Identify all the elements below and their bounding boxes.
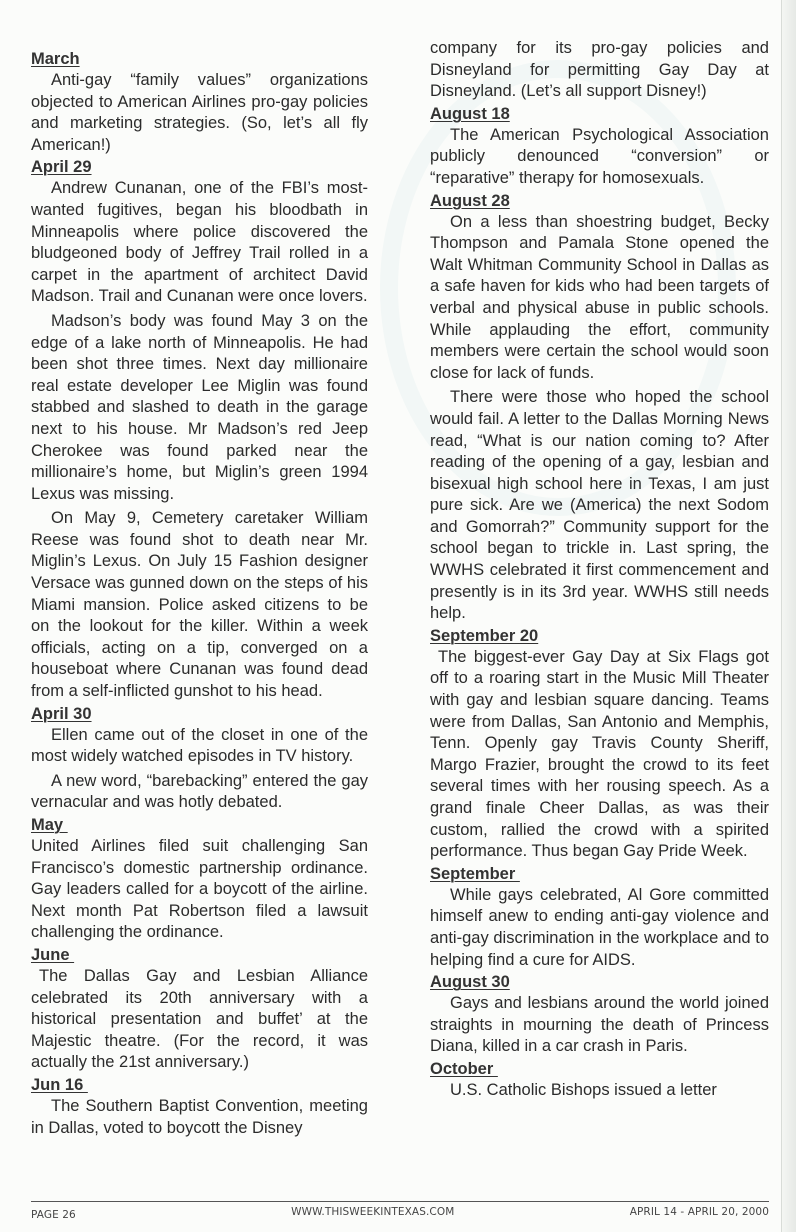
timeline-entry: MarchAnti-gay “family values” organizati…: [31, 48, 368, 156]
entry-date-heading: April 30: [31, 703, 368, 725]
page-number: PAGE 26: [31, 1206, 76, 1221]
entry-paragraph: The American Psychological Association p…: [430, 125, 769, 190]
entry-paragraph: Madson’s body was found May 3 on the edg…: [31, 311, 368, 505]
timeline-entry: April 30Ellen came out of the closet in …: [31, 703, 368, 814]
entry-date-heading: May: [31, 814, 368, 836]
timeline-entry: August 30Gays and lesbians around the wo…: [430, 971, 769, 1058]
entry-paragraph: On May 9, Cemetery caretaker William Ree…: [31, 508, 368, 702]
timeline-entry: August 18The American Psychological Asso…: [430, 103, 769, 190]
entry-date-heading: August 28: [430, 190, 769, 212]
article-columns: MarchAnti-gay “family values” organizati…: [31, 48, 769, 1139]
entry-paragraph: Andrew Cunanan, one of the FBI’s most-wa…: [31, 178, 368, 308]
scanned-page-edge: [781, 0, 796, 1232]
timeline-entry: April 29Andrew Cunanan, one of the FBI’s…: [31, 156, 368, 702]
entry-paragraph: On a less than shoestring budget, Becky …: [430, 212, 769, 385]
entry-date-heading: October: [430, 1058, 769, 1080]
timeline-entry: company for its pro-gay policies and Dis…: [430, 38, 769, 103]
timeline-entry: August 28On a less than shoestring budge…: [430, 190, 769, 625]
entry-paragraph: While gays celebrated, Al Gore committed…: [430, 885, 769, 971]
entry-paragraph: The Southern Baptist Convention, meeting…: [31, 1096, 368, 1139]
entry-date-heading: June: [31, 944, 368, 966]
entry-paragraph: Gays and lesbians around the world joine…: [430, 993, 769, 1058]
left-column: MarchAnti-gay “family values” organizati…: [31, 48, 368, 1139]
entry-date-heading: September: [430, 863, 769, 885]
timeline-entry: October U.S. Catholic Bishops issued a l…: [430, 1058, 769, 1102]
entry-date-heading: August 30: [430, 971, 769, 993]
website-url: WWW.THISWEEKINTEXAS.COM: [251, 1206, 454, 1218]
entry-paragraph: U.S. Catholic Bishops issued a letter: [430, 1080, 769, 1102]
timeline-entry: Jun 16 The Southern Baptist Convention, …: [31, 1074, 368, 1139]
timeline-entry: September While gays celebrated, Al Gore…: [430, 863, 769, 971]
issue-dates: APRIL 14 - APRIL 20, 2000: [630, 1206, 769, 1218]
timeline-entry: June The Dallas Gay and Lesbian Alliance…: [31, 944, 368, 1074]
entry-date-heading: March: [31, 48, 368, 70]
entry-paragraph: The biggest-ever Gay Day at Six Flags go…: [430, 647, 769, 863]
entry-paragraph: Anti-gay “family values” organizations o…: [31, 70, 368, 156]
entry-paragraph: Ellen came out of the closet in one of t…: [31, 725, 368, 768]
entry-paragraph: company for its pro-gay policies and Dis…: [430, 38, 769, 103]
entry-date-heading: August 18: [430, 103, 769, 125]
entry-paragraph: United Airlines filed suit challenging S…: [31, 836, 368, 944]
entry-paragraph: There were those who hoped the school wo…: [430, 387, 769, 625]
timeline-entry: September 20The biggest-ever Gay Day at …: [430, 625, 769, 863]
entry-date-heading: Jun 16: [31, 1074, 368, 1096]
timeline-entry: May United Airlines filed suit challengi…: [31, 814, 368, 944]
entry-date-heading: September 20: [430, 625, 769, 647]
right-column: company for its pro-gay policies and Dis…: [430, 38, 769, 1139]
page-footer: PAGE 26 WWW.THISWEEKINTEXAS.COM APRIL 14…: [31, 1201, 769, 1221]
entry-paragraph: The Dallas Gay and Lesbian Alliance cele…: [31, 966, 368, 1074]
entry-date-heading: April 29: [31, 156, 368, 178]
entry-paragraph: A new word, “barebacking” entered the ga…: [31, 771, 368, 814]
